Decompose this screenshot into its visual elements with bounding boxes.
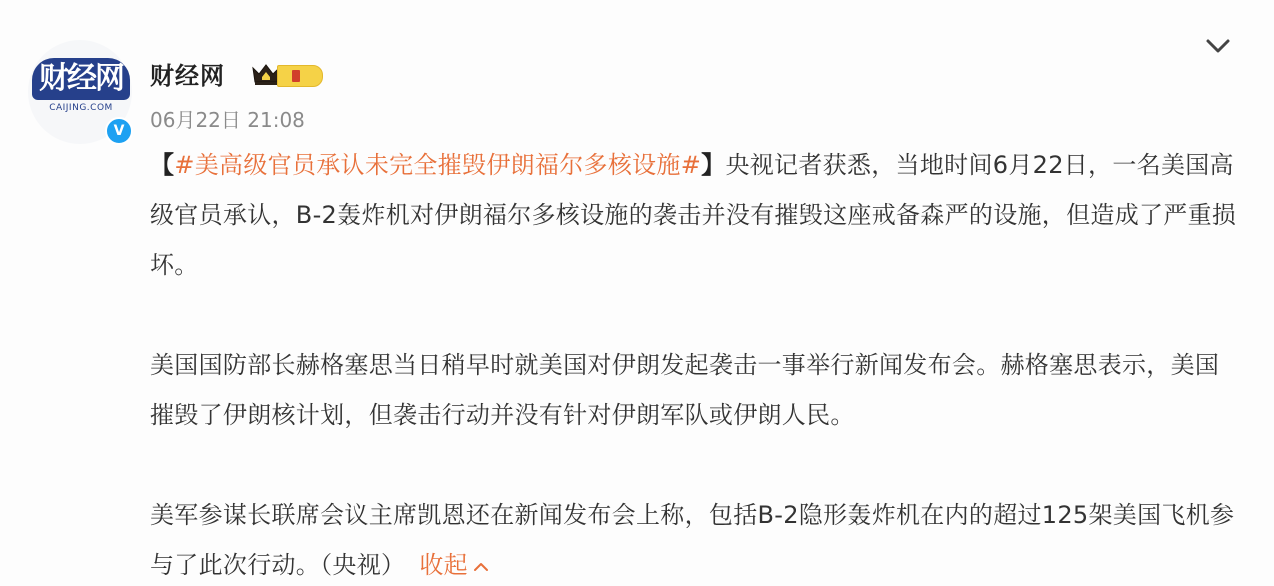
avatar-logo-subtext: CAIJING.COM [32,103,130,113]
hashtag-link[interactable]: #美高级官员承认未完全摧毁伊朗福尔多核设施# [174,151,701,179]
paragraph-2: 美国国防部长赫格塞思当日稍早时就美国对伊朗发起袭击一事举行新闻发布会。赫格塞思表… [150,340,1240,440]
chevron-down-icon [1200,28,1236,64]
post-timestamp[interactable]: 06月22日 21:08 [150,104,305,133]
level-indicator [292,70,300,82]
paragraph-3: 美军参谋长联席会议主席凯恩还在新闻发布会上称，包括B-2隐形轰炸机在内的超过12… [150,490,1240,586]
open-bracket: 【 [150,151,174,179]
verified-v-icon: V [105,117,133,145]
post-menu-toggle[interactable] [1200,28,1236,64]
author-name[interactable]: 财经网 [150,56,225,91]
weibo-post-card: 财经网 CAIJING.COM V 财经网 06月22日 21:08 【#美高级… [0,0,1274,586]
avatar-logo: 财经网 [32,58,130,100]
crown-level-badge[interactable] [251,60,329,88]
paragraph-1: 【#美高级官员承认未完全摧毁伊朗福尔多核设施#】央视记者获悉，当地时间6月22日… [150,140,1240,290]
collapse-button[interactable]: 收起 [419,551,490,579]
avatar[interactable]: 财经网 CAIJING.COM V [28,40,132,144]
close-bracket: 】 [701,151,725,179]
post-content: 【#美高级官员承认未完全摧毁伊朗福尔多核设施#】央视记者获悉，当地时间6月22日… [150,140,1240,586]
collapse-label: 收起 [419,551,468,579]
chevron-up-icon [472,541,490,586]
level-tag [277,65,323,87]
paragraph-3-text: 美军参谋长联席会议主席凯恩还在新闻发布会上称，包括B-2隐形轰炸机在内的超过12… [150,501,1234,579]
